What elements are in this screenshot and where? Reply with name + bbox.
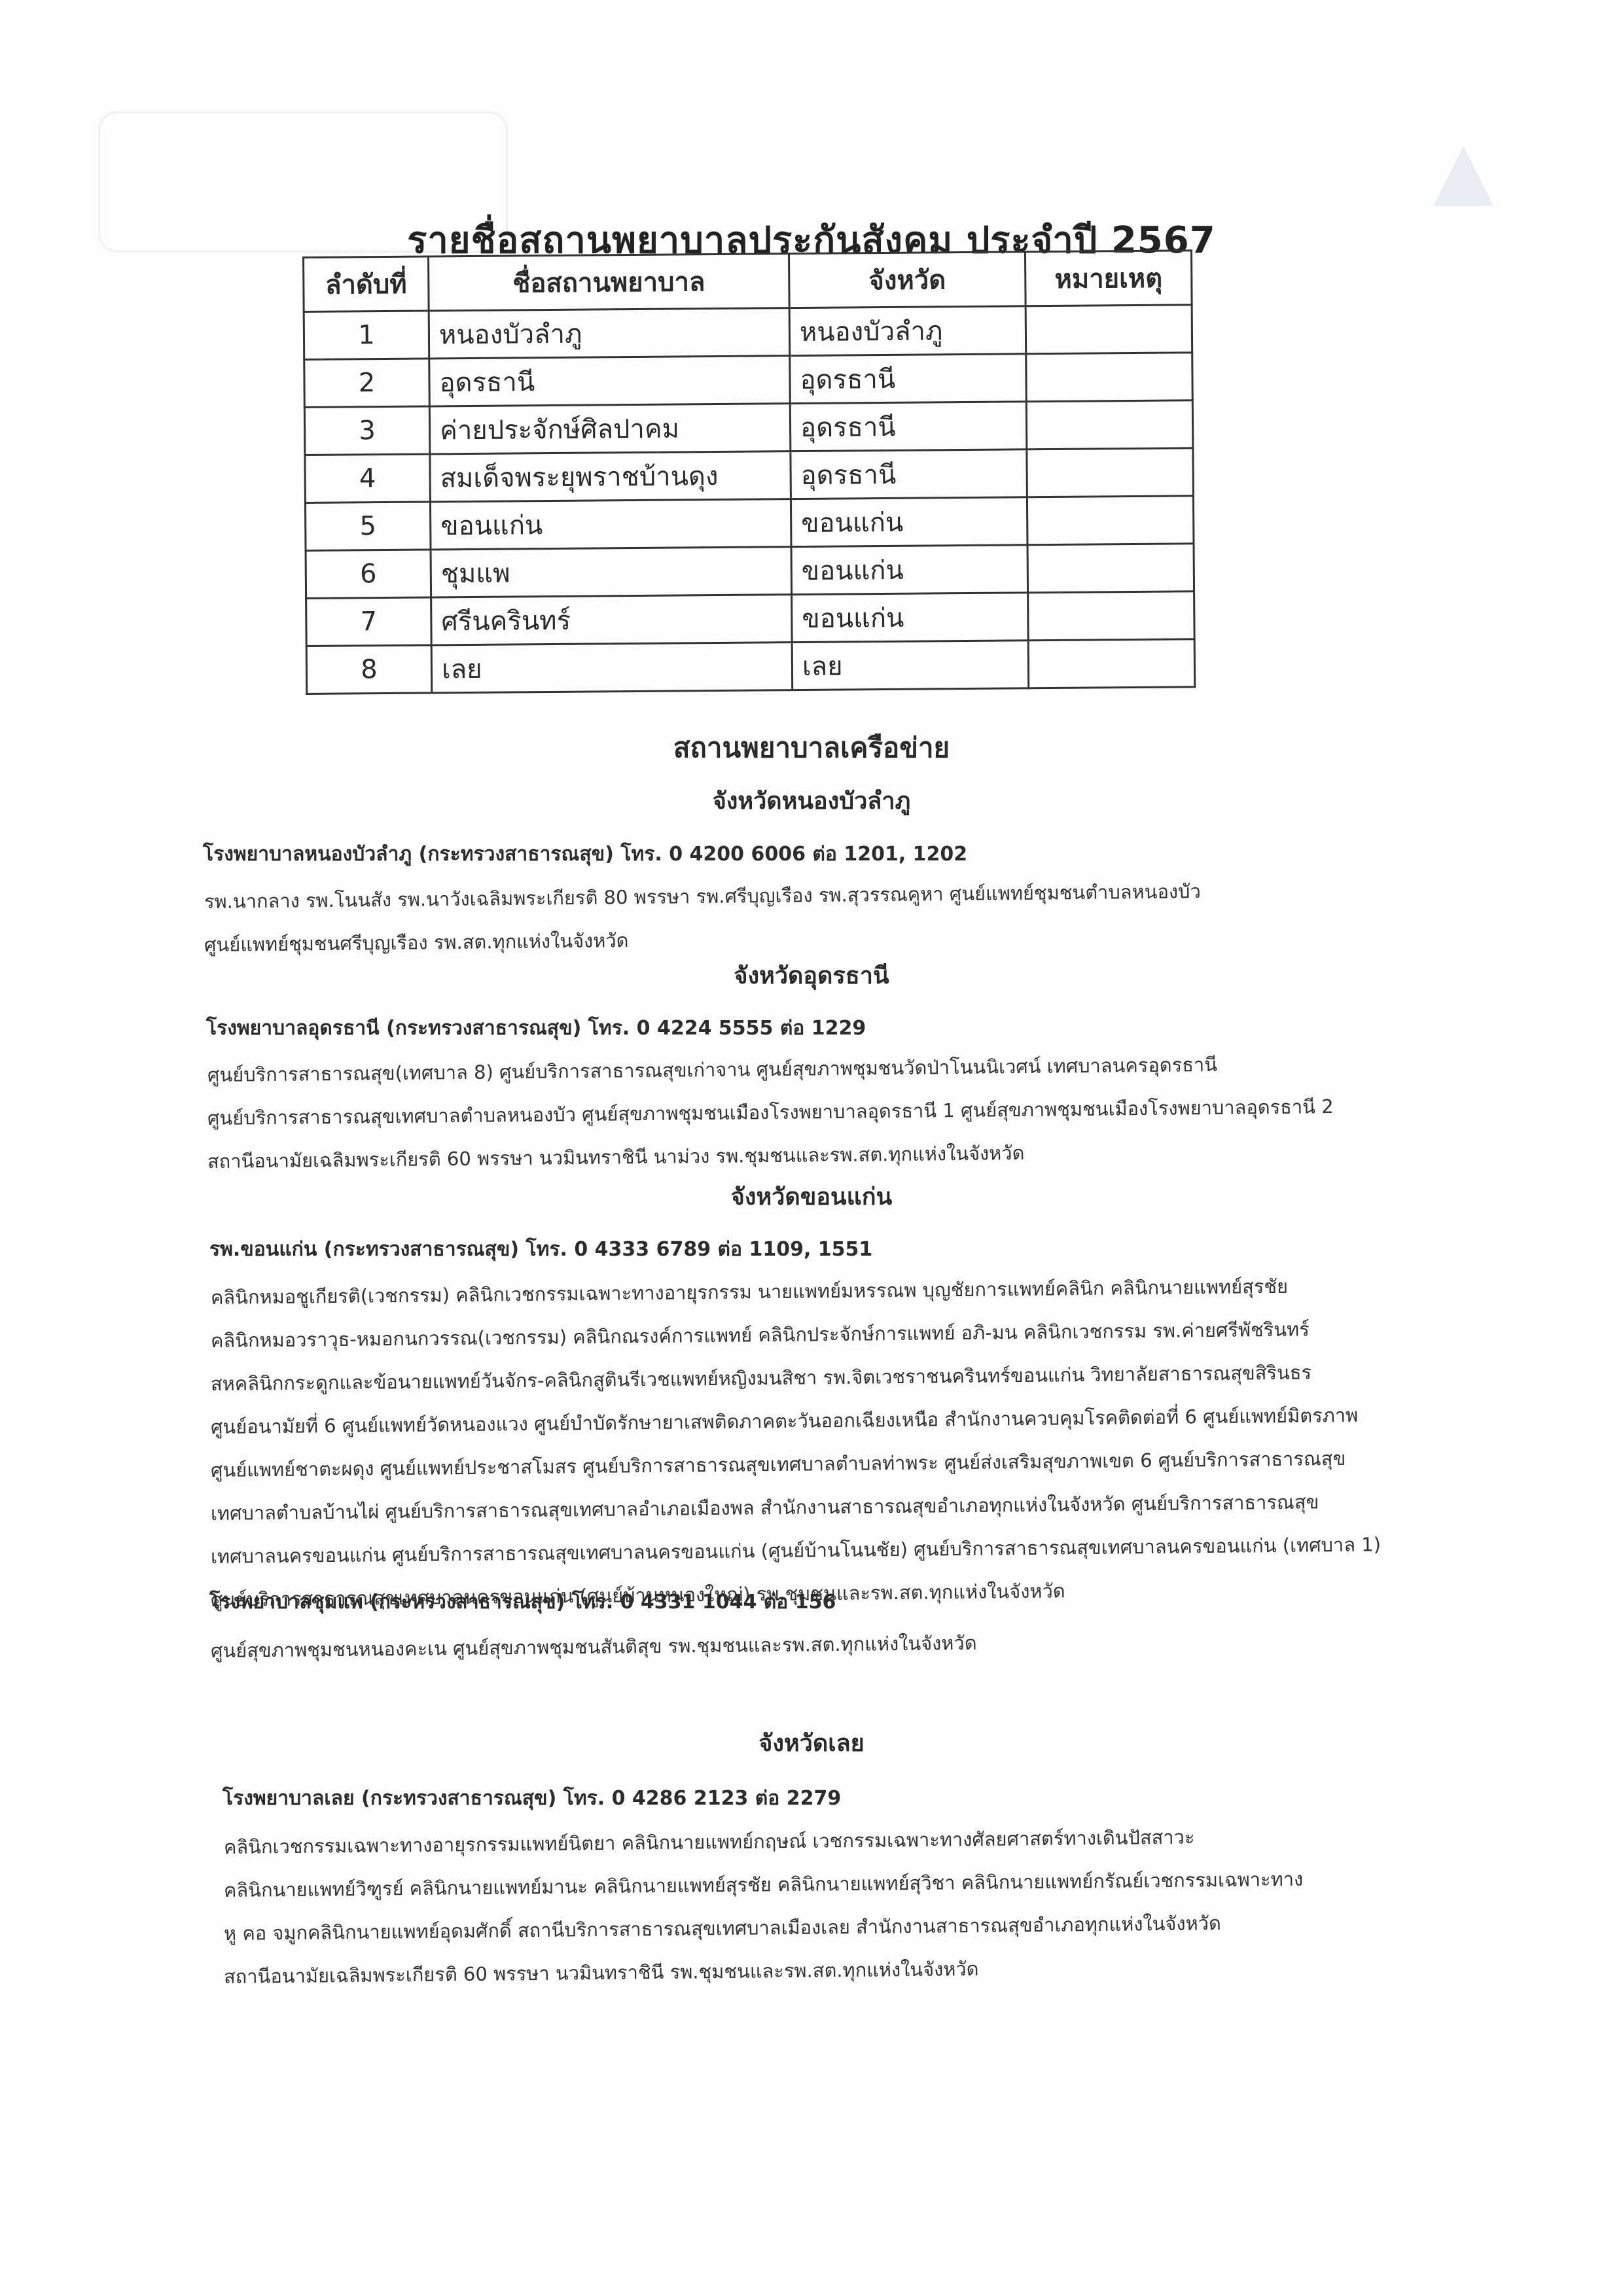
network-heading: สถานพยาบาลเครือข่าย: [0, 726, 1623, 769]
row-note: [1027, 496, 1194, 545]
row-province: อุดรธานี: [791, 450, 1027, 499]
table-row: 8เลยเลย: [306, 639, 1195, 694]
network-hospital-title: โรงพยาบาลชุมแพ (กระทรวงสาธารณสุข) โทร. 0…: [209, 1587, 836, 1617]
row-hospital-name: สมเด็จพระยุพราชบ้านดุง: [430, 451, 791, 502]
row-order: 6: [306, 550, 431, 598]
row-province: อุดรธานี: [790, 402, 1027, 451]
row-province: อุดรธานี: [790, 354, 1027, 404]
row-hospital-name: ค่ายประจักษ์ศิลปาคม: [429, 404, 791, 454]
network-facility-list: คลินิกเวชกรรมเฉพาะทางอายุรกรรมแพทย์นิตยา…: [224, 1826, 1303, 1998]
province-heading: จังหวัดเลย: [0, 1724, 1623, 1761]
row-note: [1027, 544, 1194, 593]
row-order: 2: [304, 359, 430, 407]
row-note: [1026, 353, 1193, 402]
facility-line: ศูนย์สุขภาพชุมชนหนองคะเน ศูนย์สุขภาพชุมช…: [211, 1621, 977, 1672]
network-hospital-title: โรงพยาบาลเลย (กระทรวงสาธารณสุข) โทร. 0 4…: [223, 1783, 841, 1814]
row-province: ขอนแก่น: [791, 545, 1028, 595]
table-row: 7ศรีนครินทร์ขอนแก่น: [306, 592, 1195, 646]
row-province: หนองบัวลำภู: [789, 306, 1026, 356]
province-heading: จังหวัดอุดรธานี: [0, 957, 1623, 994]
network-hospital-title: โรงพยาบาลอุดรธานี (กระทรวงสาธารณสุข) โทร…: [206, 1013, 866, 1044]
network-hospital-title: รพ.ขอนแก่น (กระทรวงสาธารณสุข) โทร. 0 433…: [209, 1234, 872, 1265]
table-row: 1หนองบัวลำภูหนองบัวลำภู: [304, 305, 1192, 360]
row-order: 1: [304, 311, 429, 359]
table-row: 5ขอนแก่นขอนแก่น: [305, 496, 1194, 551]
row-order: 3: [304, 406, 430, 455]
header-order: ลำดับที่: [304, 256, 429, 311]
row-hospital-name: ขอนแก่น: [430, 499, 791, 550]
row-hospital-name: อุดรธานี: [429, 356, 791, 406]
network-facility-list: ศูนย์สุขภาพชุมชนหนองคะเน ศูนย์สุขภาพชุมช…: [211, 1629, 977, 1672]
header-hospital-name: ชื่อสถานพยาบาล: [429, 254, 790, 311]
network-facility-list: ศูนย์บริการสาธารณสุข(เทศบาล 8) ศูนย์บริก…: [207, 1053, 1334, 1183]
row-hospital-name: เลย: [431, 643, 793, 693]
row-hospital-name: หนองบัวลำภู: [429, 308, 790, 359]
network-hospital-title: โรงพยาบาลหนองบัวลำภู (กระทรวงสาธารณสุข) …: [203, 839, 967, 870]
row-order: 8: [306, 645, 432, 694]
bleed-through-logo: ▲: [1433, 124, 1493, 215]
row-note: [1026, 305, 1192, 354]
table-header-row: ลำดับที่ ชื่อสถานพยาบาล จังหวัด หมายเหตุ: [304, 251, 1192, 312]
row-order: 5: [305, 502, 431, 550]
network-facility-list: คลินิกหมอชูเกียรติ(เวชกรรม) คลินิกเวชกรร…: [211, 1276, 1381, 1621]
header-province: จังหวัด: [789, 252, 1026, 308]
province-heading: จังหวัดหนองบัวลำภู: [0, 782, 1623, 819]
table-row: 2อุดรธานีอุดรธานี: [304, 353, 1193, 408]
row-note: [1028, 592, 1195, 641]
table-row: 3ค่ายประจักษ์ศิลปาคมอุดรธานี: [304, 400, 1193, 455]
table-row: 6ชุมแพขอนแก่น: [306, 544, 1194, 599]
hospital-table: ลำดับที่ ชื่อสถานพยาบาล จังหวัด หมายเหตุ…: [302, 249, 1196, 695]
table-row: 4สมเด็จพระยุพราชบ้านดุงอุดรธานี: [305, 448, 1194, 503]
province-heading: จังหวัดขอนแก่น: [0, 1178, 1623, 1215]
row-province: ขอนแก่น: [791, 497, 1027, 547]
row-note: [1026, 400, 1193, 450]
row-note: [1028, 639, 1195, 688]
header-note: หมายเหตุ: [1025, 251, 1192, 306]
network-facility-list: รพ.นากลาง รพ.โนนสัง รพ.นาวังเฉลิมพระเกีย…: [204, 880, 1201, 966]
row-province: เลย: [792, 641, 1029, 690]
row-hospital-name: ชุมแพ: [431, 547, 792, 597]
row-province: ขอนแก่น: [792, 593, 1029, 643]
row-order: 4: [305, 454, 431, 503]
row-order: 7: [306, 597, 432, 646]
row-note: [1027, 448, 1194, 497]
row-hospital-name: ศรีนครินทร์: [431, 595, 793, 645]
